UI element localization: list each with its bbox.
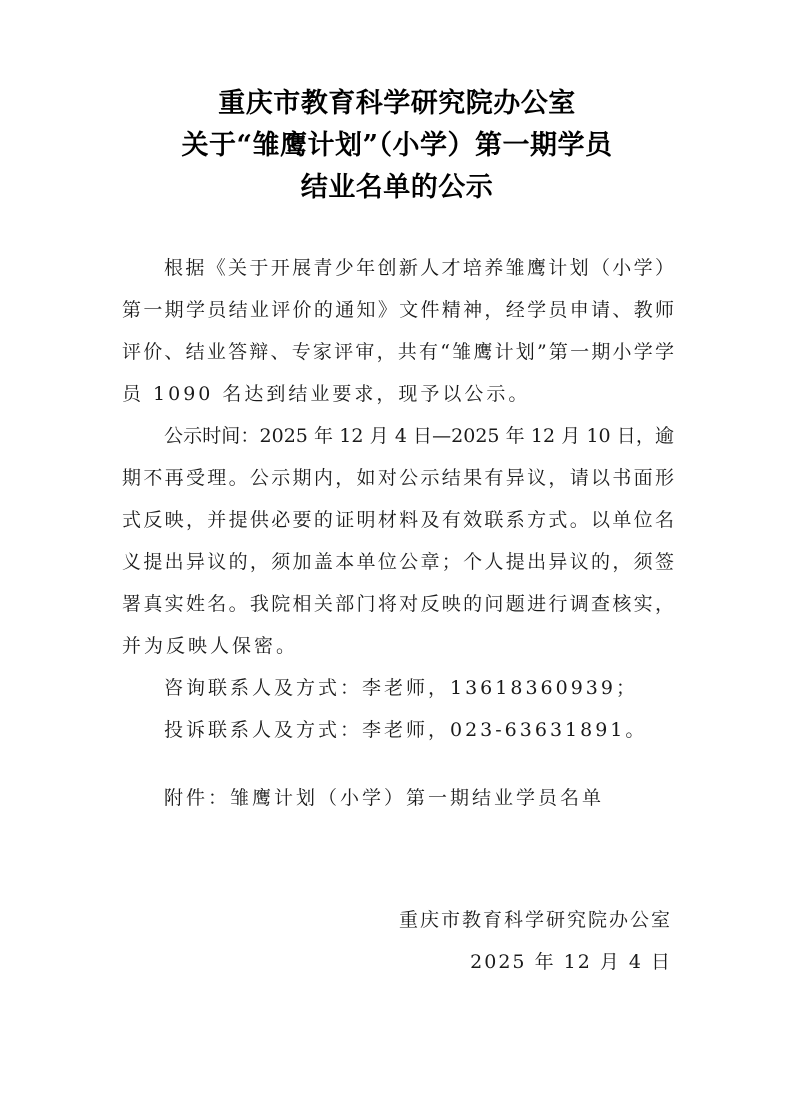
paragraph-2-line-5: 署真实姓名。我院相关部门将对反映的问题进行调查核实， [122,590,674,618]
signature-organization: 重庆市教育科学研究院办公室 [399,906,672,934]
paragraph-1-line-4: 员 1090 名达到结业要求，现予以公示。 [122,380,674,408]
title-line-1: 重庆市教育科学研究院办公室 [0,84,794,124]
attachment-note: 附件：雏鹰计划（小学）第一期结业学员名单 [164,784,604,812]
consultation-contact: 咨询联系人及方式：李老师，13618360939； [164,674,638,702]
paragraph-1-line-3: 评价、结业答辩、专家评审，共有“雏鹰计划”第一期小学学 [122,338,674,366]
complaint-contact: 投诉联系人及方式：李老师，023-63631891。 [164,716,647,744]
paragraph-2-line-4: 义提出异议的，须加盖本单位公章；个人提出异议的，须签 [122,548,674,576]
title-line-2: 关于“雏鹰计划”（小学）第一期学员 [0,126,794,166]
signature-date: 2025 年 12 月 4 日 [470,948,672,976]
title-line-3: 结业名单的公示 [0,168,794,208]
paragraph-1-line-1: 根据《关于开展青少年创新人才培养雏鹰计划（小学） [164,254,674,282]
paragraph-2-line-2: 期不再受理。公示期内，如对公示结果有异议，请以书面形 [122,464,674,492]
paragraph-2-line-1: 公示时间：2025 年 12 月 4 日—2025 年 12 月 10 日，逾 [164,422,674,450]
document-page: 重庆市教育科学研究院办公室 关于“雏鹰计划”（小学）第一期学员 结业名单的公示 … [0,0,794,1108]
paragraph-2-line-6: 并为反映人保密。 [122,632,674,660]
paragraph-2-line-3: 式反映，并提供必要的证明材料及有效联系方式。以单位名 [122,506,674,534]
paragraph-1-line-2: 第一期学员结业评价的通知》文件精神，经学员申请、教师 [122,296,674,324]
